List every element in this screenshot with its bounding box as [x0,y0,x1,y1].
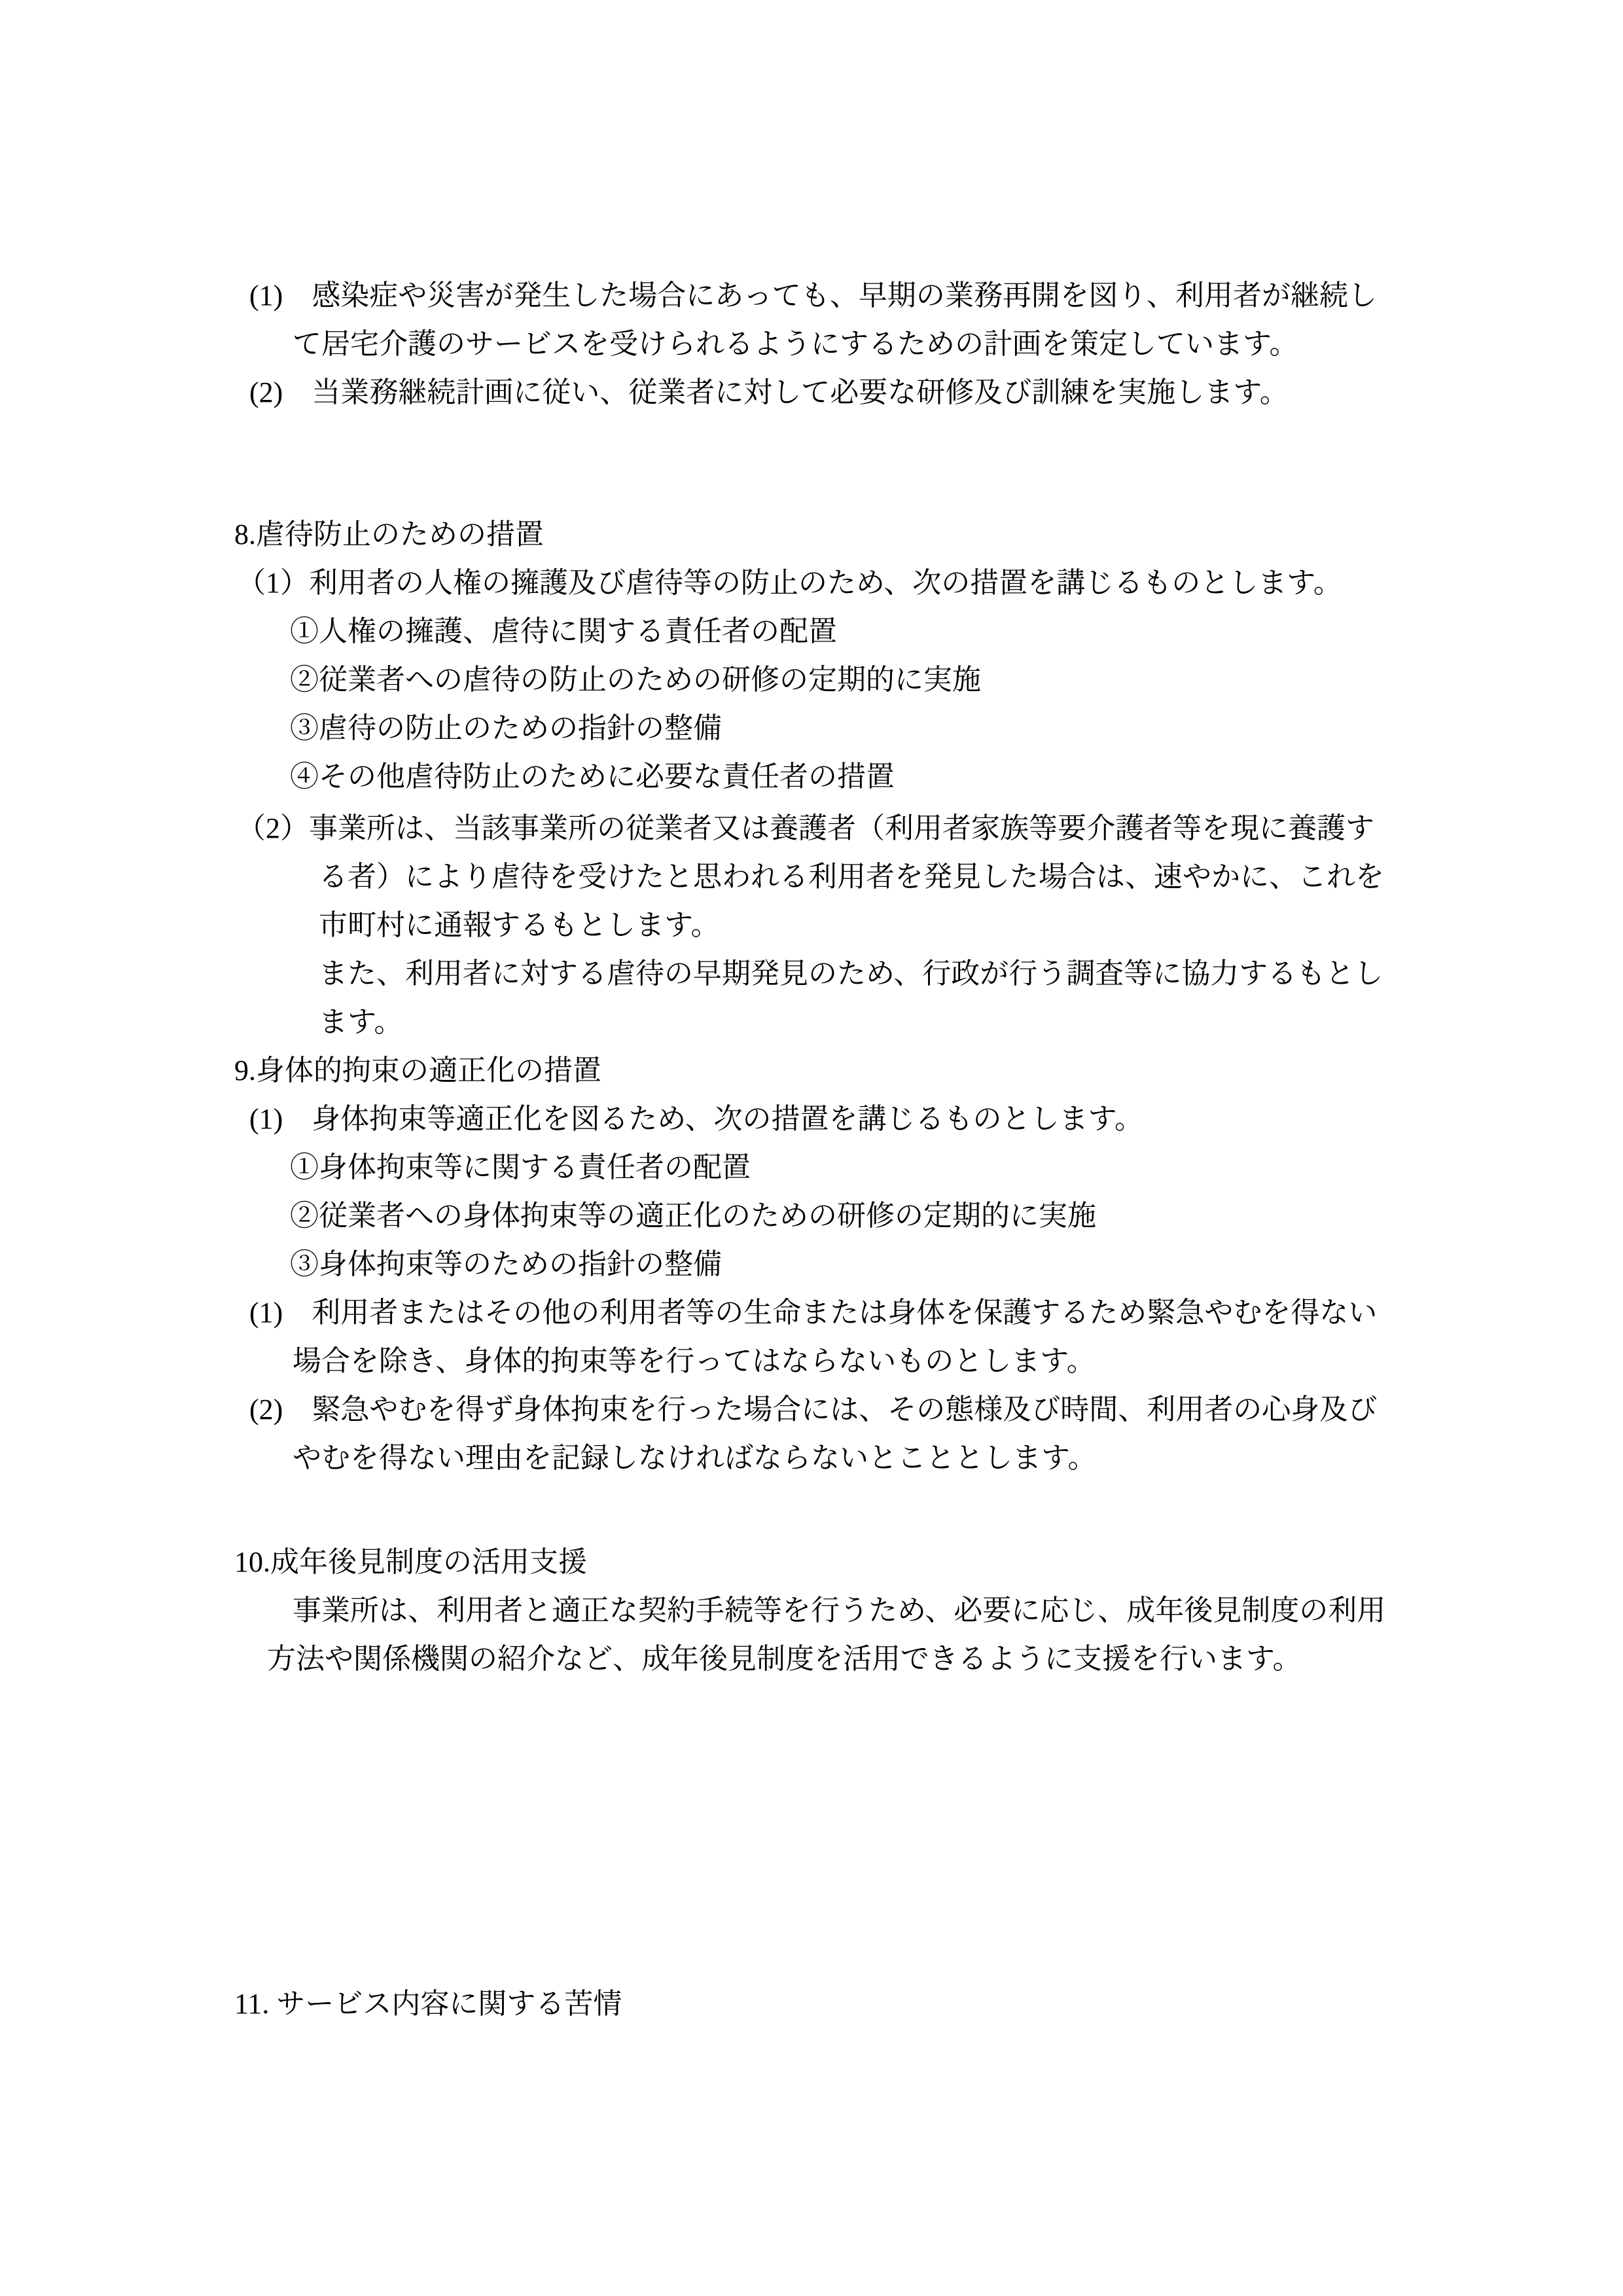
section-8-subitem-4: ④その他虐待防止のために必要な責任者の措置 [290,753,895,801]
section-9-subitem-1: ①身体拘束等に関する責任者の配置 [290,1143,751,1192]
section-8-item-2-line-4: また、利用者に対する虐待の早期発見のため、行政が行う調査等に協力するもとし [319,950,1383,998]
section-9-subitem-2: ②従業者への身体拘束等の適正化のための研修の定期的に実施 [290,1192,1096,1240]
section-10-heading: 10.成年後見制度の活用支援 [234,1538,587,1587]
section-10-body-line-2: 方法や関係機関の紹介など、成年後見制度を活用できるように支援を行います。 [267,1635,1301,1683]
section-11-heading: 11. サービス内容に関する苦情 [234,1980,622,2028]
bcp-item-1-line-1: (1) 感染症や災害が発生した場合にあっても、早期の業務再開を図り、利用者が継続… [249,272,1377,320]
section-8-subitem-3: ③虐待の防止のための指針の整備 [290,704,722,753]
section-9-subitem-3: ③身体拘束等のための指針の整備 [290,1240,722,1289]
section-8-item-2-line-2: る者）により虐待を受けたと思われる利用者を発見した場合は、速やかに、これを [319,853,1384,901]
section-10-body-line-1: 事業所は、利用者と適正な契約手続等を行うため、必要に応じ、成年後見制度の利用 [293,1587,1385,1635]
section-8-item-2-line-1: （2）事業所は、当該事業所の従業者又は養護者（利用者家族等要介護者等を現に養護す [237,804,1374,853]
section-8-item-2-line-3: 市町村に通報するもとします。 [319,901,719,950]
section-9-rule-1-line-1: (1) 利用者またはその他の利用者等の生命または身体を保護するため緊急やむを得な… [249,1289,1377,1337]
section-9-rule-2-line-1: (2) 緊急やむを得ず身体拘束を行った場合には、その態様及び時間、利用者の心身及… [249,1386,1377,1434]
section-9-heading: 9.身体的拘束の適正化の措置 [234,1047,601,1095]
bcp-item-1-line-2: て居宅介護のサービスを受けられるようにするための計画を策定しています。 [293,320,1298,368]
bcp-item-2: (2) 当業務継続計画に従い、従業者に対して必要な研修及び訓練を実施します。 [249,368,1289,417]
section-9-item-1: (1) 身体拘束等適正化を図るため、次の措置を講じるものとします。 [249,1095,1143,1143]
section-8-subitem-2: ②従業者への虐待の防止のための研修の定期的に実施 [290,656,981,704]
section-8-item-2-line-5: ます。 [319,998,402,1047]
document-page: (1) 感染症や災害が発生した場合にあっても、早期の業務再開を図り、利用者が継続… [0,0,1623,2296]
section-8-item-1: （1）利用者の人権の擁護及び虐待等の防止のため、次の措置を講じるものとします。 [237,559,1342,607]
section-9-rule-1-line-2: 場合を除き、身体的拘束等を行ってはならないものとします。 [293,1337,1096,1386]
section-9-rule-2-line-2: やむを得ない理由を記録しなければならないとこととします。 [293,1434,1096,1482]
section-8-heading: 8.虐待防止のための措置 [234,511,544,559]
section-8-subitem-1: ①人権の擁護、虐待に関する責任者の配置 [290,607,837,656]
